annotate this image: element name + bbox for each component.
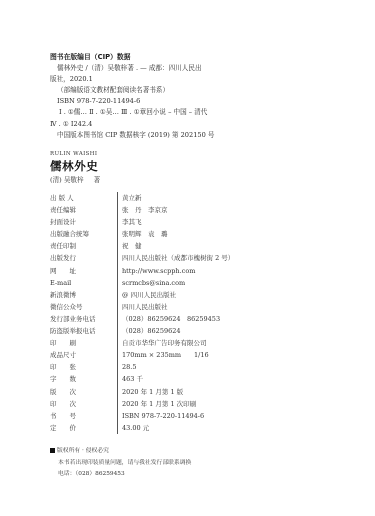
- info-label: 新浪微博: [50, 289, 117, 301]
- info-value: （028）86259624: [117, 325, 181, 337]
- info-row: E-mailscrmcbs@sina.com: [50, 277, 350, 289]
- info-label: E-mail: [50, 277, 117, 289]
- cip-line: Ⅳ . ① I242.4: [50, 119, 350, 130]
- email-link[interactable]: scrmcbs@sina.com: [117, 277, 185, 289]
- info-row: 出版融合统筹张明辉 袁 璐: [50, 228, 350, 240]
- info-value: 李其飞: [117, 216, 142, 228]
- cip-line: （部编版语文教材配套阅读名著书系）: [50, 85, 350, 96]
- info-label: 防盗版举报电话: [50, 325, 117, 337]
- info-row: 防盗版举报电话（028）86259624: [50, 325, 350, 337]
- info-value: 2020 年 1 月第 1 次印刷: [117, 398, 196, 410]
- info-label: 微信公众号: [50, 301, 117, 313]
- info-value: 祝 健: [117, 240, 142, 252]
- cip-title: 图书在版编目（CIP）数据: [50, 52, 350, 63]
- book-author: (清) 吴敬梓著: [50, 175, 100, 186]
- rights-line: 本书若出现印装质量问题，请与我社发行部联系调换: [50, 458, 191, 470]
- book-title-block: RULIN WAISHI 儒林外史 (清) 吴敬梓著: [50, 150, 100, 186]
- info-label: 出版发行: [50, 252, 117, 264]
- info-row: 新浪微博@ 四川人民出版社: [50, 289, 350, 301]
- author-name: (清) 吴敬梓: [50, 176, 84, 184]
- info-label: 版 次: [50, 386, 117, 398]
- info-label: 印 次: [50, 398, 117, 410]
- info-value: 四川人民出版社（成都市槐树街 2 号）: [117, 252, 234, 264]
- book-pinyin: RULIN WAISHI: [50, 150, 100, 158]
- info-label: 发行部业务电话: [50, 313, 117, 325]
- info-row: 成品尺寸170mm × 235mm 1/16: [50, 349, 350, 361]
- info-value: 黄立新: [117, 192, 142, 204]
- info-label: 定 价: [50, 422, 117, 434]
- cip-line: 中国版本图书馆 CIP 数据核字 (2019) 第 202150 号: [50, 130, 350, 141]
- info-label: 网 址: [50, 265, 117, 277]
- info-value: 四川人民出版社: [117, 301, 168, 313]
- square-bullet-icon: [50, 448, 55, 453]
- author-role: 著: [94, 176, 101, 184]
- info-value: 2020 年 1 月第 1 版: [117, 386, 183, 398]
- vertical-divider: [117, 192, 118, 434]
- info-row: 责任印制祝 健: [50, 240, 350, 252]
- info-label: 责任印制: [50, 240, 117, 252]
- info-label: 印 张: [50, 361, 117, 373]
- info-row: 字 数463 千: [50, 373, 350, 385]
- info-value: 43.00 元: [117, 422, 149, 434]
- cip-line: Ⅰ . ①儒… Ⅱ . ①吴… Ⅲ . ①章回小说 – 中国 – 清代: [50, 107, 350, 118]
- info-value: 463 千: [117, 373, 143, 385]
- info-label: 出 版 人: [50, 192, 117, 204]
- cip-block: 图书在版编目（CIP）数据 儒林外史 /（清）吴敬梓著 . — 成都：四川人民出…: [50, 52, 350, 141]
- info-label: 成品尺寸: [50, 349, 117, 361]
- info-label: 出版融合统筹: [50, 228, 117, 240]
- info-label: 书 号: [50, 410, 117, 422]
- info-value: 张明辉 袁 璐: [117, 228, 168, 240]
- info-label: 责任编辑: [50, 204, 117, 216]
- info-value: 自贡市华华广告印务有限公司: [117, 337, 207, 349]
- info-row: 网 址http://www.scpph.com: [50, 265, 350, 277]
- info-row: 封面设计李其飞: [50, 216, 350, 228]
- info-row: 印 刷自贡市华华广告印务有限公司: [50, 337, 350, 349]
- rights-notice: 版权所有 · 侵权必究 本书若出现印装质量问题，请与我社发行部联系调换 电话：（…: [50, 446, 191, 481]
- info-value: ISBN 978-7-220-11494-6: [117, 410, 204, 422]
- info-label: 印 刷: [50, 337, 117, 349]
- info-row: 微信公众号四川人民出版社: [50, 301, 350, 313]
- rights-phone: 电话：（028）86259453: [50, 469, 191, 481]
- info-row: 责任编辑张 丹 李京京: [50, 204, 350, 216]
- info-row: 出版发行四川人民出版社（成都市槐树街 2 号）: [50, 252, 350, 264]
- info-label: 封面设计: [50, 216, 117, 228]
- book-title: 儒林外史: [50, 159, 100, 174]
- info-row: 版 次2020 年 1 月第 1 版: [50, 386, 350, 398]
- info-row: 书 号ISBN 978-7-220-11494-6: [50, 410, 350, 422]
- info-row: 定 价43.00 元: [50, 422, 350, 434]
- info-label: 字 数: [50, 373, 117, 385]
- cip-line: ISBN 978-7-220-11494-6: [50, 96, 350, 107]
- info-value: 张 丹 李京京: [117, 204, 168, 216]
- rights-text: 版权所有 · 侵权必究: [57, 448, 109, 454]
- rights-heading: 版权所有 · 侵权必究: [50, 446, 191, 458]
- info-value: 170mm × 235mm 1/16: [117, 349, 209, 361]
- publication-info: 出 版 人黄立新 责任编辑张 丹 李京京 封面设计李其飞 出版融合统筹张明辉 袁…: [50, 192, 350, 434]
- info-value: @ 四川人民出版社: [117, 289, 176, 301]
- info-row: 印 张28.5: [50, 361, 350, 373]
- website-link[interactable]: http://www.scpph.com: [117, 265, 195, 277]
- info-value: （028）86259624 86259453: [117, 313, 220, 325]
- cip-line: 版社，2020.1: [50, 74, 350, 85]
- info-value: 28.5: [117, 361, 136, 373]
- info-row: 印 次2020 年 1 月第 1 次印刷: [50, 398, 350, 410]
- info-row: 出 版 人黄立新: [50, 192, 350, 204]
- cip-line: 儒林外史 /（清）吴敬梓著 . — 成都：四川人民出: [50, 63, 350, 74]
- info-row: 发行部业务电话（028）86259624 86259453: [50, 313, 350, 325]
